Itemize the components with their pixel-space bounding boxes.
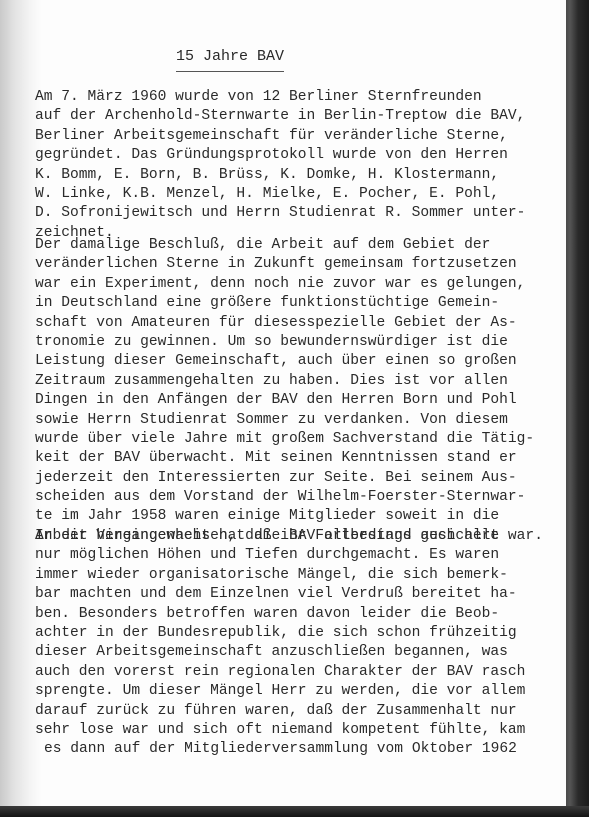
text-line: scheiden aus dem Vorstand der Wilhelm-Fo… — [35, 488, 543, 507]
text-line: auch den vorerst rein regionalen Charakt… — [35, 663, 525, 682]
text-line: Am 7. März 1960 wurde von 12 Berliner St… — [35, 88, 525, 107]
text-line: D. Sofronijewitsch und Herrn Studienrat … — [35, 204, 525, 223]
text-line: sehr lose war und sich oft niemand kompe… — [35, 721, 525, 740]
text-line: nur möglichen Höhen und Tiefen durchgema… — [35, 546, 525, 565]
text-line: veränderlichen Sterne in Zukunft gemeins… — [35, 255, 543, 274]
text-line: bar machten und dem Einzelnen viel Verdr… — [35, 585, 525, 604]
text-line: dieser Arbeitsgemeinschaft anzuschließen… — [35, 643, 525, 662]
page-title: 15 Jahre BAV — [176, 48, 284, 72]
text-line: gegründet. Das Gründungsprotokoll wurde … — [35, 146, 525, 165]
paragraph-decision: Der damalige Beschluß, die Arbeit auf de… — [35, 236, 543, 546]
text-line: In der Vergangenheit hat die BAV allerdi… — [35, 527, 525, 546]
paragraph-founding: Am 7. März 1960 wurde von 12 Berliner St… — [35, 88, 525, 243]
text-line: wurde über viele Jahre mit großem Sachve… — [35, 430, 543, 449]
text-line: Berliner Arbeitsgemeinschaft für verände… — [35, 127, 525, 146]
text-line: in Deutschland eine größere funktionstüc… — [35, 294, 543, 313]
text-line: ben. Besonders betroffen waren davon lei… — [35, 605, 525, 624]
text-line: schaft von Amateuren für diesesspezielle… — [35, 314, 543, 333]
text-line: te im Jahr 1958 waren einige Mitglieder … — [35, 507, 543, 526]
text-line: darauf zurück zu führen waren, daß der Z… — [35, 702, 525, 721]
text-line: K. Bomm, E. Born, B. Brüss, K. Domke, H.… — [35, 166, 525, 185]
text-line: W. Linke, K.B. Menzel, H. Mielke, E. Poc… — [35, 185, 525, 204]
text-line: auf der Archenhold-Sternwarte in Berlin-… — [35, 107, 525, 126]
text-line: war ein Experiment, denn noch nie zuvor … — [35, 275, 543, 294]
text-line: Dingen in den Anfängen der BAV den Herre… — [35, 391, 543, 410]
text-line: jederzeit den Interessierten zur Seite. … — [35, 469, 543, 488]
scanner-border-right — [566, 0, 589, 817]
text-line: sowie Herrn Studienrat Sommer zu verdank… — [35, 411, 543, 430]
text-line: sprengte. Um dieser Mängel Herr zu werde… — [35, 682, 525, 701]
text-line: es dann auf der Mitgliederversammlung vo… — [35, 740, 525, 759]
text-line: tronomie zu gewinnen. Um so bewundernswü… — [35, 333, 543, 352]
text-line: Zeitraum zusammengehalten zu haben. Dies… — [35, 372, 543, 391]
text-line: immer wieder organisatorische Mängel, di… — [35, 566, 525, 585]
text-line: Leistung dieser Gemeinschaft, auch über … — [35, 352, 543, 371]
text-line: Der damalige Beschluß, die Arbeit auf de… — [35, 236, 543, 255]
text-line: achter in der Bundesrepublik, die sich s… — [35, 624, 525, 643]
paragraph-history: In der Vergangenheit hat die BAV allerdi… — [35, 527, 525, 760]
scanned-page: 15 Jahre BAV Am 7. März 1960 wurde von 1… — [0, 0, 566, 806]
text-line: keit der BAV überwacht. Mit seinen Kennt… — [35, 449, 543, 468]
scanner-border-bottom — [0, 806, 589, 817]
